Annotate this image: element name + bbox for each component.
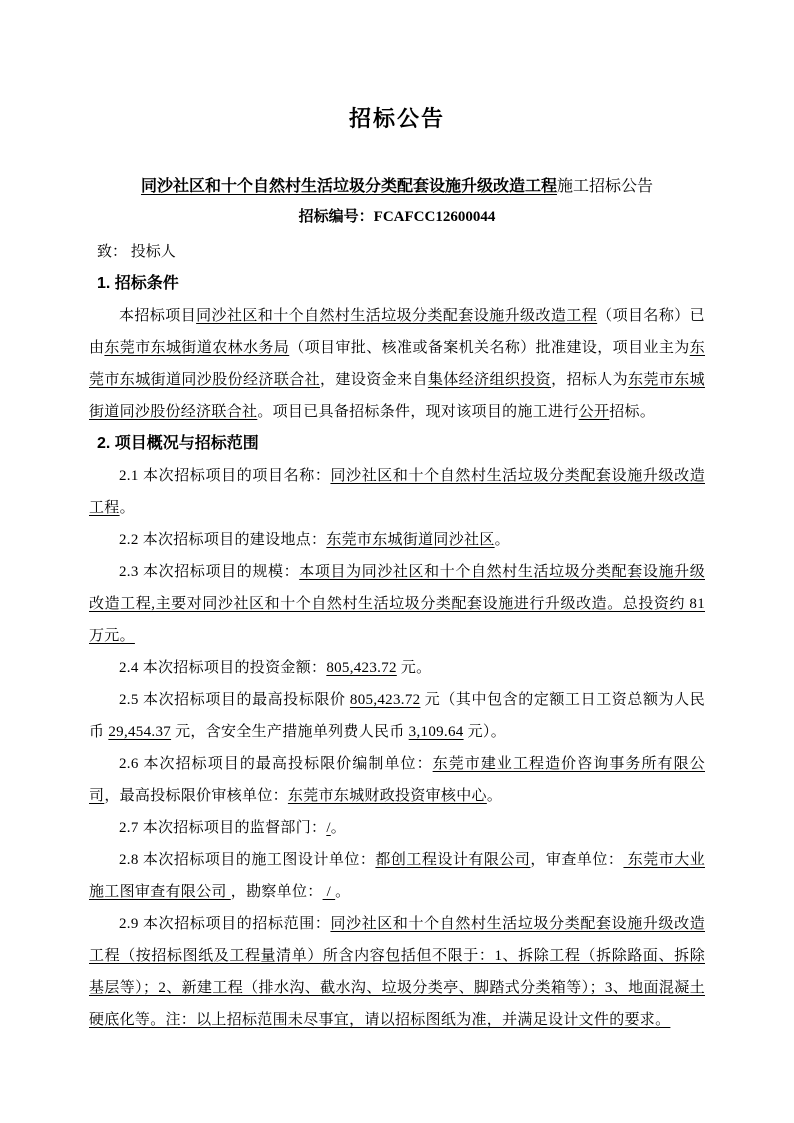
text-segment: 。 xyxy=(331,820,346,836)
tender-number-value: FCAFCC12600044 xyxy=(374,209,496,225)
paragraph-clause-2-9: 2.9 本次招标项目的招标范围：同沙社区和十个自然村生活垃圾分类配套设施升级改造… xyxy=(89,908,705,1036)
underlined-text-segment: / xyxy=(323,884,336,900)
underlined-text-segment: 29,454.37 xyxy=(108,724,171,740)
text-segment: 2.2 本次招标项目的建设地点： xyxy=(119,532,326,548)
paragraph-tender-conditions: 本招标项目同沙社区和十个自然村生活垃圾分类配套设施升级改造工程（项目名称）已由东… xyxy=(89,300,705,428)
underlined-text-segment: 同沙社区和十个自然村生活垃圾分类配套设施升级改造工程（按招标图纸及工程量清单）所… xyxy=(89,916,705,1028)
text-segment: 2.9 本次招标项目的招标范围： xyxy=(119,916,330,932)
text-segment: ，审查单位： xyxy=(530,852,623,868)
section-1-heading: 1. 招标条件 xyxy=(97,268,705,300)
text-segment: 元，含安全生产措施单列费人民币 xyxy=(171,724,409,740)
text-segment: 。项目已具备招标条件，现对该项目的施工进行 xyxy=(257,404,578,420)
salutation-line: 致： 投标人 xyxy=(97,236,705,268)
text-segment: 2.5 本次招标项目的最高投标限价 xyxy=(119,692,350,708)
document-page: 招标公告 同沙社区和十个自然村生活垃圾分类配套设施升级改造工程施工招标公告 招标… xyxy=(0,0,794,1123)
text-segment: ，最高投标限价审核单位： xyxy=(104,788,288,804)
text-segment: ，招标人为 xyxy=(551,372,628,388)
underlined-text-segment: 805,423.72 xyxy=(350,692,421,708)
paragraph-clause-2-3: 2.3 本次招标项目的规模：本项目为同沙社区和十个自然村生活垃圾分类配套设施升级… xyxy=(89,556,705,652)
underlined-text-segment: 东莞市东城街道农林水务局 xyxy=(104,340,289,356)
text-segment: 本招标项目 xyxy=(119,308,196,324)
project-subtitle: 同沙社区和十个自然村生活垃圾分类配套设施升级改造工程施工招标公告 xyxy=(89,176,705,197)
underlined-text-segment: 3,109.64 xyxy=(409,724,464,740)
section-2-heading: 2. 项目概况与招标范围 xyxy=(97,428,705,460)
underlined-text-segment: 东莞市东城财政投资审核中心 xyxy=(288,788,487,804)
text-segment: 。 xyxy=(335,884,350,900)
text-segment: ，建设资金来自 xyxy=(320,372,428,388)
tender-number-line: 招标编号：FCAFCC12600044 xyxy=(89,207,705,227)
text-segment: 2.1 本次招标项目的项目名称： xyxy=(119,468,330,484)
underlined-text-segment: 集体经济组织投资 xyxy=(428,372,551,388)
paragraph-clause-2-4: 2.4 本次招标项目的投资金额：805,423.72 元。 xyxy=(89,652,705,684)
paragraph-clause-2-1: 2.1 本次招标项目的项目名称：同沙社区和十个自然村生活垃圾分类配套设施升级改造… xyxy=(89,460,705,524)
underlined-text-segment: 805,423.72 xyxy=(326,660,397,676)
underlined-text-segment: 都创工程设计有限公司 xyxy=(375,852,530,868)
text-segment: 元。 xyxy=(397,660,432,676)
underlined-text-segment: 同沙社区和十个自然村生活垃圾分类配套设施升级改造工程 xyxy=(196,308,597,324)
text-segment: 招标。 xyxy=(609,404,655,420)
text-segment: 。 xyxy=(487,788,502,804)
underlined-text-segment: 公开 xyxy=(579,404,610,420)
paragraph-clause-2-2: 2.2 本次招标项目的建设地点：东莞市东城街道同沙社区。 xyxy=(89,524,705,556)
underlined-text-segment: 东莞市东城街道同沙社区 xyxy=(326,532,494,548)
text-segment: （项目审批、核准或备案机关名称）批准建设，项目业主为 xyxy=(289,340,689,356)
tender-number-label: 招标编号： xyxy=(299,209,374,225)
text-segment: 2.3 本次招标项目的规模： xyxy=(119,564,299,580)
page-title: 招标公告 xyxy=(89,104,705,134)
text-segment: 。 xyxy=(120,500,135,516)
text-segment: 施工招标公告 xyxy=(557,178,653,195)
paragraph-clause-2-8: 2.8 本次招标项目的施工图设计单位：都创工程设计有限公司，审查单位： 东莞市大… xyxy=(89,844,705,908)
paragraph-clause-2-7: 2.7 本次招标项目的监督部门：/。 xyxy=(89,812,705,844)
text-segment: 。 xyxy=(495,532,510,548)
text-segment: 元）。 xyxy=(464,724,506,740)
text-segment: 2.7 本次招标项目的监督部门： xyxy=(119,820,326,836)
document-body: { "colors": { "page_background": "#fffff… xyxy=(0,0,794,1123)
paragraph-clause-2-5: 2.5 本次招标项目的最高投标限价 805,423.72 元（其中包含的定额工日… xyxy=(89,684,705,748)
text-segment: 2.4 本次招标项目的投资金额： xyxy=(119,660,326,676)
text-segment: 2.6 本次招标项目的最高投标限价编制单位： xyxy=(119,756,433,772)
paragraph-clause-2-6: 2.6 本次招标项目的最高投标限价编制单位：东莞市建业工程造价咨询事务所有限公司… xyxy=(89,748,705,812)
text-segment: 2.8 本次招标项目的施工图设计单位： xyxy=(119,852,375,868)
text-segment: ，勘察单位： xyxy=(231,884,323,900)
underlined-text-segment: 同沙社区和十个自然村生活垃圾分类配套设施升级改造工程 xyxy=(141,178,557,195)
